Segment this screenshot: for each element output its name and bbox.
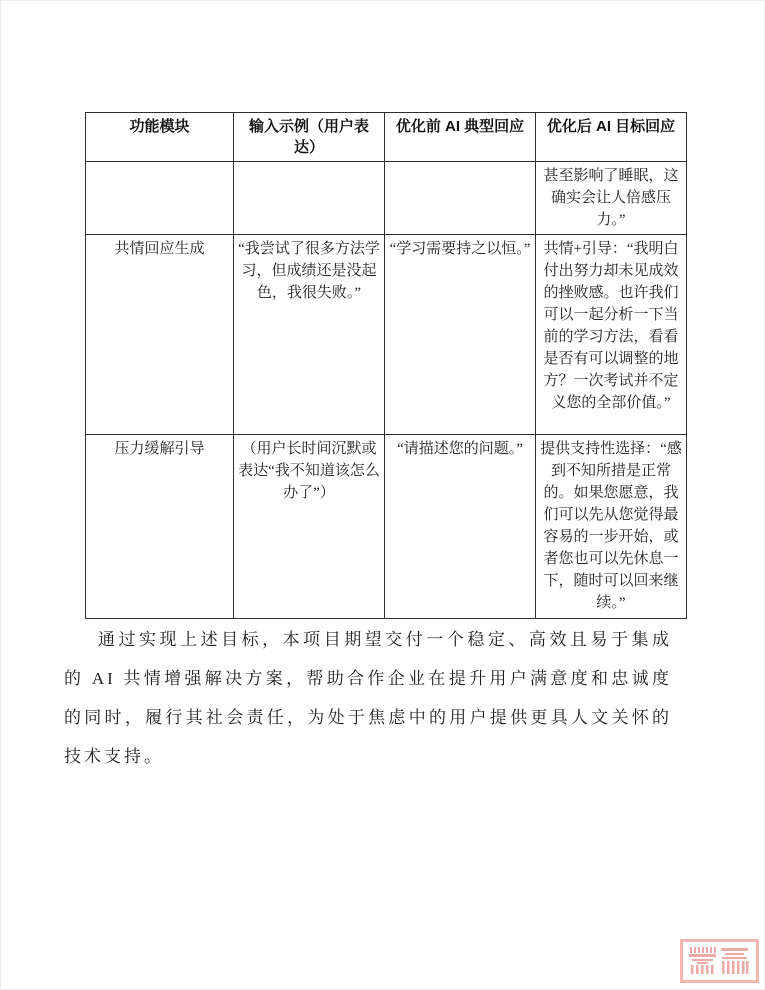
table-cell: 共情回应生成 bbox=[86, 235, 234, 435]
table-cell: “学习需要持之以恒。” bbox=[385, 235, 536, 435]
table-cell: “我尝试了很多方法学习，但成绩还是没起色，我很失败。” bbox=[234, 235, 385, 435]
table-cell bbox=[234, 162, 385, 235]
table-cell: 压力缓解引导 bbox=[86, 435, 234, 619]
seal-glyphs-icon bbox=[689, 947, 750, 975]
header-before-optimization-response: 优化前 AI 典型回应 bbox=[385, 113, 536, 162]
closing-paragraph: 通过实现上述目标，本项目期望交付一个稳定、高效且易于集成的 AI 共情增强解决方… bbox=[64, 620, 672, 776]
header-function-module: 功能模块 bbox=[86, 113, 234, 162]
table-cell bbox=[385, 162, 536, 235]
table-row-stress-relief: 压力缓解引导 （用户长时间沉默或表达“我不知道该怎么办了”） “请描述您的问题。… bbox=[86, 435, 687, 619]
header-input-example: 输入示例（用户表达） bbox=[234, 113, 385, 162]
header-after-optimization-response: 优化后 AI 目标回应 bbox=[536, 113, 687, 162]
table-cell: （用户长时间沉默或表达“我不知道该怎么办了”） bbox=[234, 435, 385, 619]
seal-stamp-watermark bbox=[680, 939, 759, 983]
table-cell: 共情+引导：“我明白付出努力却未见成效的挫败感。也许我们可以一起分析一下当前的学… bbox=[536, 235, 687, 435]
table-cell: 甚至影响了睡眠，这确实会让人倍感压力。” bbox=[536, 162, 687, 235]
document-page: 功能模块 输入示例（用户表达） 优化前 AI 典型回应 优化后 AI 目标回应 … bbox=[0, 0, 765, 990]
table-header-row: 功能模块 输入示例（用户表达） 优化前 AI 典型回应 优化后 AI 目标回应 bbox=[86, 113, 687, 162]
table-cell: “请描述您的问题。” bbox=[385, 435, 536, 619]
table-cell bbox=[86, 162, 234, 235]
table-cell: 提供支持性选择：“感到不知所措是正常的。如果您愿意，我们可以先从您觉得最容易的一… bbox=[536, 435, 687, 619]
comparison-table: 功能模块 输入示例（用户表达） 优化前 AI 典型回应 优化后 AI 目标回应 … bbox=[85, 112, 687, 619]
table-row-continuation: 甚至影响了睡眠，这确实会让人倍感压力。” bbox=[86, 162, 687, 235]
table-row-empathy-response: 共情回应生成 “我尝试了很多方法学习，但成绩还是没起色，我很失败。” “学习需要… bbox=[86, 235, 687, 435]
